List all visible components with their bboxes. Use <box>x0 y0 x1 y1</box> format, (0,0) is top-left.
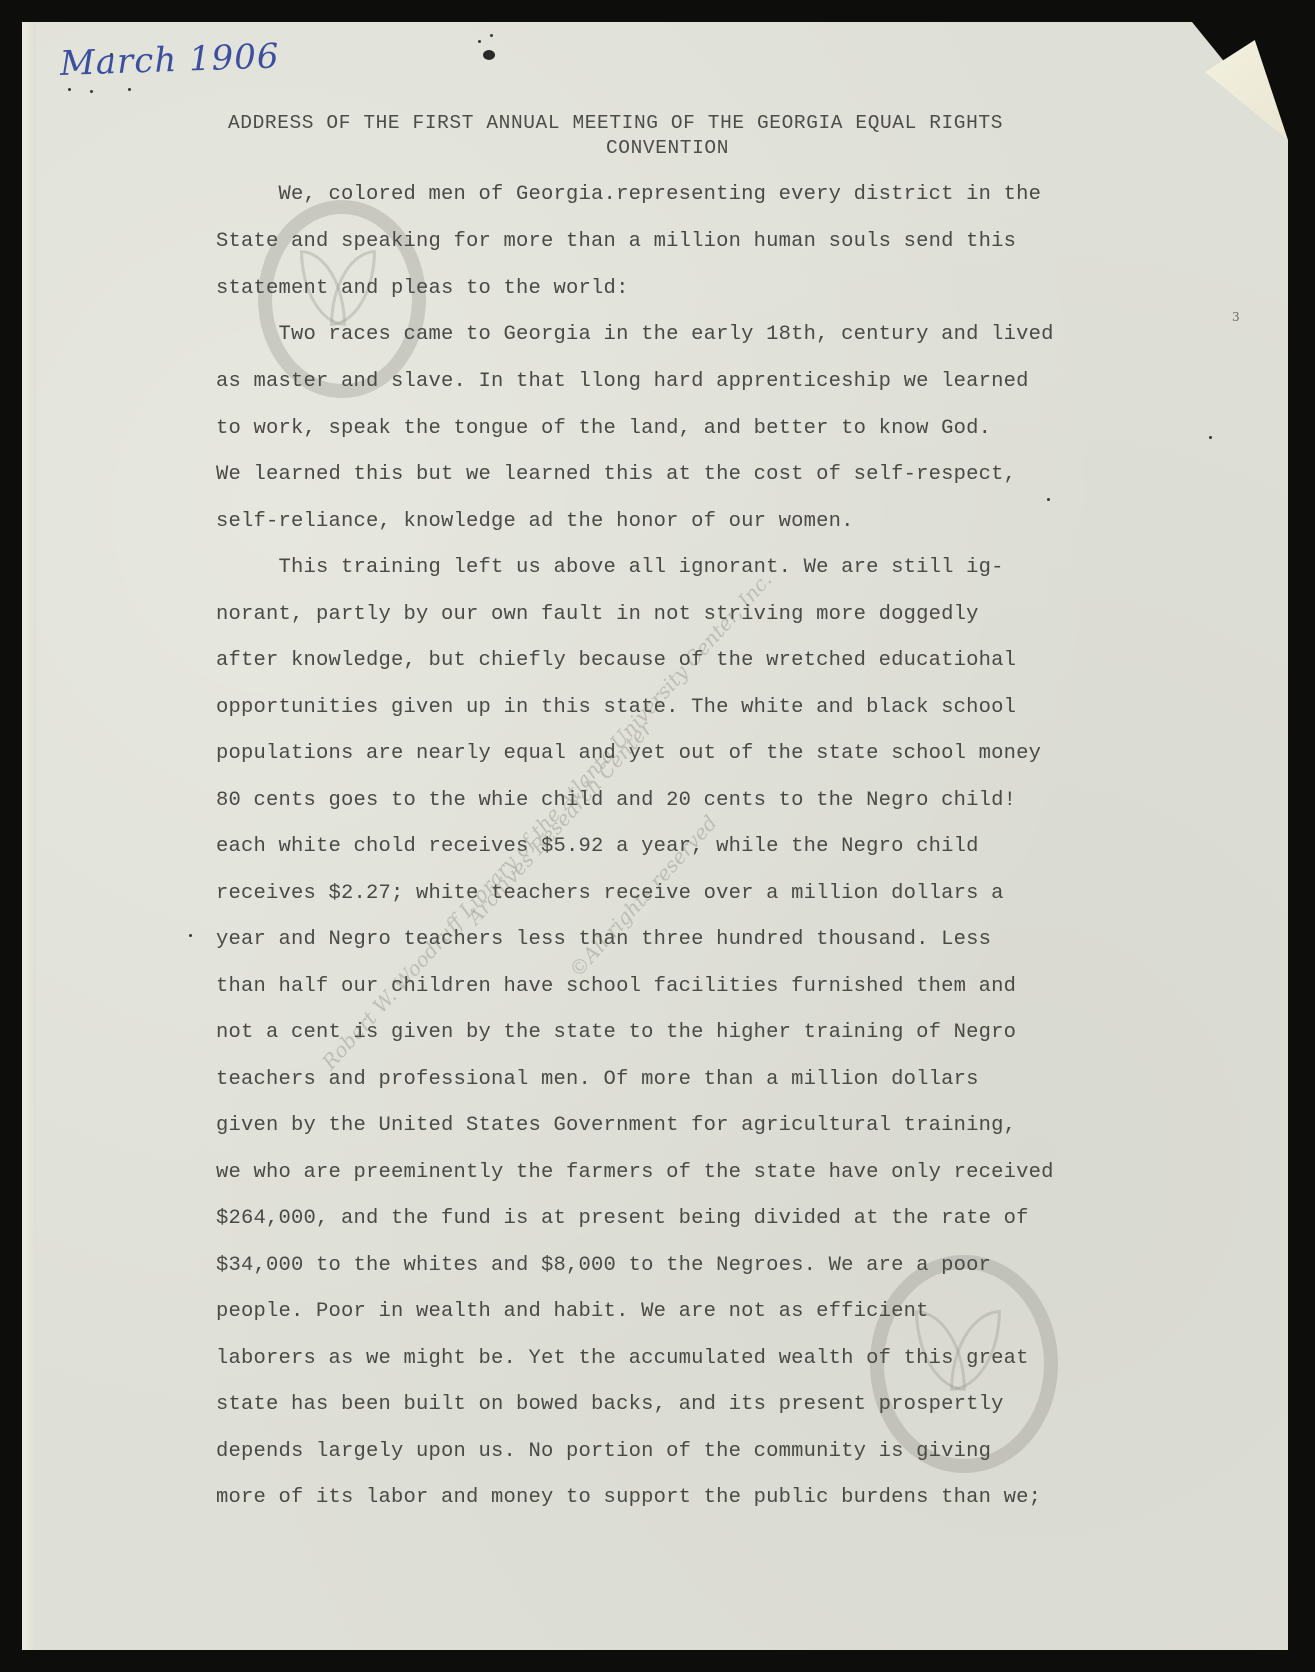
body-line: self-reliance, knowledge ad the honor of… <box>216 510 854 533</box>
document-title-line-2: CONVENTION <box>606 137 729 159</box>
paper-left-edge <box>22 22 36 1650</box>
ink-speck <box>128 88 131 91</box>
handwritten-date: March 1906 <box>59 36 280 84</box>
body-line: to work, speak the tongue of the land, a… <box>216 417 991 440</box>
body-line: 80 cents goes to the whie child and 20 c… <box>216 789 1016 812</box>
body-line: State and speaking for more than a milli… <box>216 230 1016 253</box>
body-line: after knowledge, but chiefly because of … <box>216 649 1016 672</box>
body-line: we who are preeminently the farmers of t… <box>216 1161 1054 1184</box>
body-line: teachers and professional men. Of more t… <box>216 1068 979 1091</box>
ink-speck <box>90 90 93 93</box>
body-line: Two races came to Georgia in the early 1… <box>216 323 1054 346</box>
body-line: year and Negro teachers less than three … <box>216 928 991 951</box>
body-line: We learned this but we learned this at t… <box>216 463 1016 486</box>
body-line: than half our children have school facil… <box>216 975 1016 998</box>
body-line: populations are nearly equal and yet out… <box>216 742 1041 765</box>
body-line: receives $2.27; white teachers receive o… <box>216 882 1004 905</box>
body-line: statement and pleas to the world: <box>216 277 629 300</box>
document-title-line-1: ADDRESS OF THE FIRST ANNUAL MEETING OF T… <box>228 112 1003 134</box>
body-line: $34,000 to the whites and $8,000 to the … <box>216 1254 991 1277</box>
body-line: people. Poor in wealth and habit. We are… <box>216 1300 929 1323</box>
ink-speck <box>68 88 71 91</box>
body-line: state has been built on bowed backs, and… <box>216 1393 1004 1416</box>
ink-speck <box>189 934 192 937</box>
body-line: opportunities given up in this state. Th… <box>216 696 1016 719</box>
body-line: We, colored men of Georgia.representing … <box>216 183 1041 206</box>
body-line: laborers as we might be. Yet the accumul… <box>216 1347 1029 1370</box>
body-line: not a cent is given by the state to the … <box>216 1021 1016 1044</box>
ink-speck <box>1047 498 1050 501</box>
body-line: each white chold receives $5.92 a year, … <box>216 835 979 858</box>
body-line: $264,000, and the fund is at present bei… <box>216 1207 1029 1230</box>
ink-blot <box>483 50 495 60</box>
ink-speck <box>478 40 481 43</box>
body-line: given by the United States Government fo… <box>216 1114 1016 1137</box>
scanned-document: March 1906 3 Robert W. Woodruff Library … <box>0 0 1315 1672</box>
margin-note: 3 <box>1232 310 1240 324</box>
ink-speck <box>490 34 493 37</box>
body-line: as master and slave. In that llong hard … <box>216 370 1029 393</box>
ink-speck <box>1209 436 1212 439</box>
body-line: This training left us above all ignorant… <box>216 556 1004 579</box>
body-line: depends largely upon us. No portion of t… <box>216 1440 991 1463</box>
body-line: norant, partly by our own fault in not s… <box>216 603 979 626</box>
body-line: more of its labor and money to support t… <box>216 1486 1041 1509</box>
